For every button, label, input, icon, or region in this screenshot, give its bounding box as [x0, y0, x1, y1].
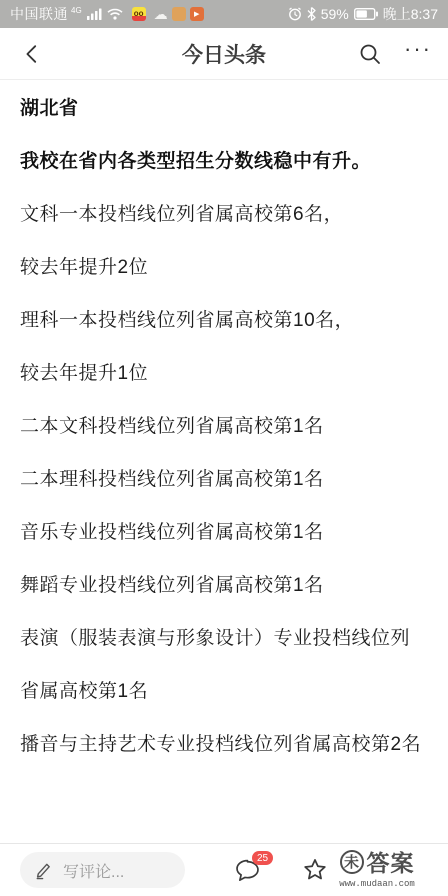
nav-header: 今日头条 ···: [0, 28, 448, 80]
comments-button[interactable]: 25: [227, 850, 267, 890]
article-paragraph: 较去年提升1位: [20, 357, 428, 391]
orange-app-icon: [172, 7, 186, 21]
glasses-app-icon: oo: [132, 7, 146, 21]
article-paragraph: 省属高校第1名: [20, 675, 428, 709]
article-paragraph: 播音与主持艺术专业投档线位列省属高校第2名: [20, 728, 428, 762]
video-app-icon: ▶: [190, 7, 204, 21]
article-body: 湖北省 我校在省内各类型招生分数线稳中有升。 文科一本投档线位列省属高校第6名，…: [0, 80, 448, 843]
status-bar: 中国联通 4G oo ☁ ▶ 59% 晚上8:37: [0, 0, 448, 28]
search-button[interactable]: [350, 34, 390, 74]
article-paragraph: 文科一本投档线位列省属高校第6名，: [20, 198, 428, 232]
watermark-logo-icon: 未: [340, 850, 364, 874]
watermark-url: www.mudaan.com: [322, 879, 432, 889]
carrier-label: 中国联通: [10, 4, 68, 24]
article-paragraph: 音乐专业投档线位列省属高校第1名: [20, 516, 428, 550]
battery-icon: [354, 8, 378, 20]
cloud-alert-icon: ☁: [154, 6, 168, 23]
article-paragraph: 我校在省内各类型招生分数线稳中有升。: [20, 145, 428, 179]
watermark-brand: 答案: [367, 845, 415, 878]
battery-percent-label: 59%: [321, 6, 349, 22]
article-paragraph: 较去年提升2位: [20, 251, 428, 285]
article-paragraph: 表演（服装表演与形象设计）专业投档线位列: [20, 622, 428, 656]
notification-app-icons: oo ☁ ▶: [132, 6, 204, 23]
more-options-button[interactable]: ···: [396, 34, 440, 74]
pencil-icon: [34, 861, 53, 880]
article-paragraph: 二本理科投档线位列省属高校第1名: [20, 463, 428, 497]
comment-count-badge: 25: [252, 851, 273, 865]
alarm-icon: [288, 7, 302, 21]
article-paragraph: 湖北省: [20, 92, 428, 126]
search-icon: [358, 42, 382, 66]
bluetooth-icon: [307, 7, 316, 21]
comment-placeholder: 写评论...: [63, 859, 124, 882]
wifi-icon: [107, 8, 123, 20]
article-paragraph: 二本文科投档线位列省属高校第1名: [20, 410, 428, 444]
site-watermark: 未 答案 www.mudaan.com: [322, 845, 432, 889]
clock-time-label: 晚上8:37: [383, 4, 438, 24]
article-paragraph: 舞蹈专业投档线位列省属高校第1名: [20, 569, 428, 603]
article-paragraph: 理科一本投档线位列省属高校第10名，: [20, 304, 428, 338]
write-comment-input[interactable]: 写评论...: [20, 852, 185, 888]
network-type-label: 4G: [71, 6, 82, 15]
back-button[interactable]: [14, 36, 50, 72]
bottom-toolbar: 写评论... 25 未 答案 www.mudaan.com: [0, 843, 448, 896]
signal-strength-icon: [87, 8, 102, 20]
